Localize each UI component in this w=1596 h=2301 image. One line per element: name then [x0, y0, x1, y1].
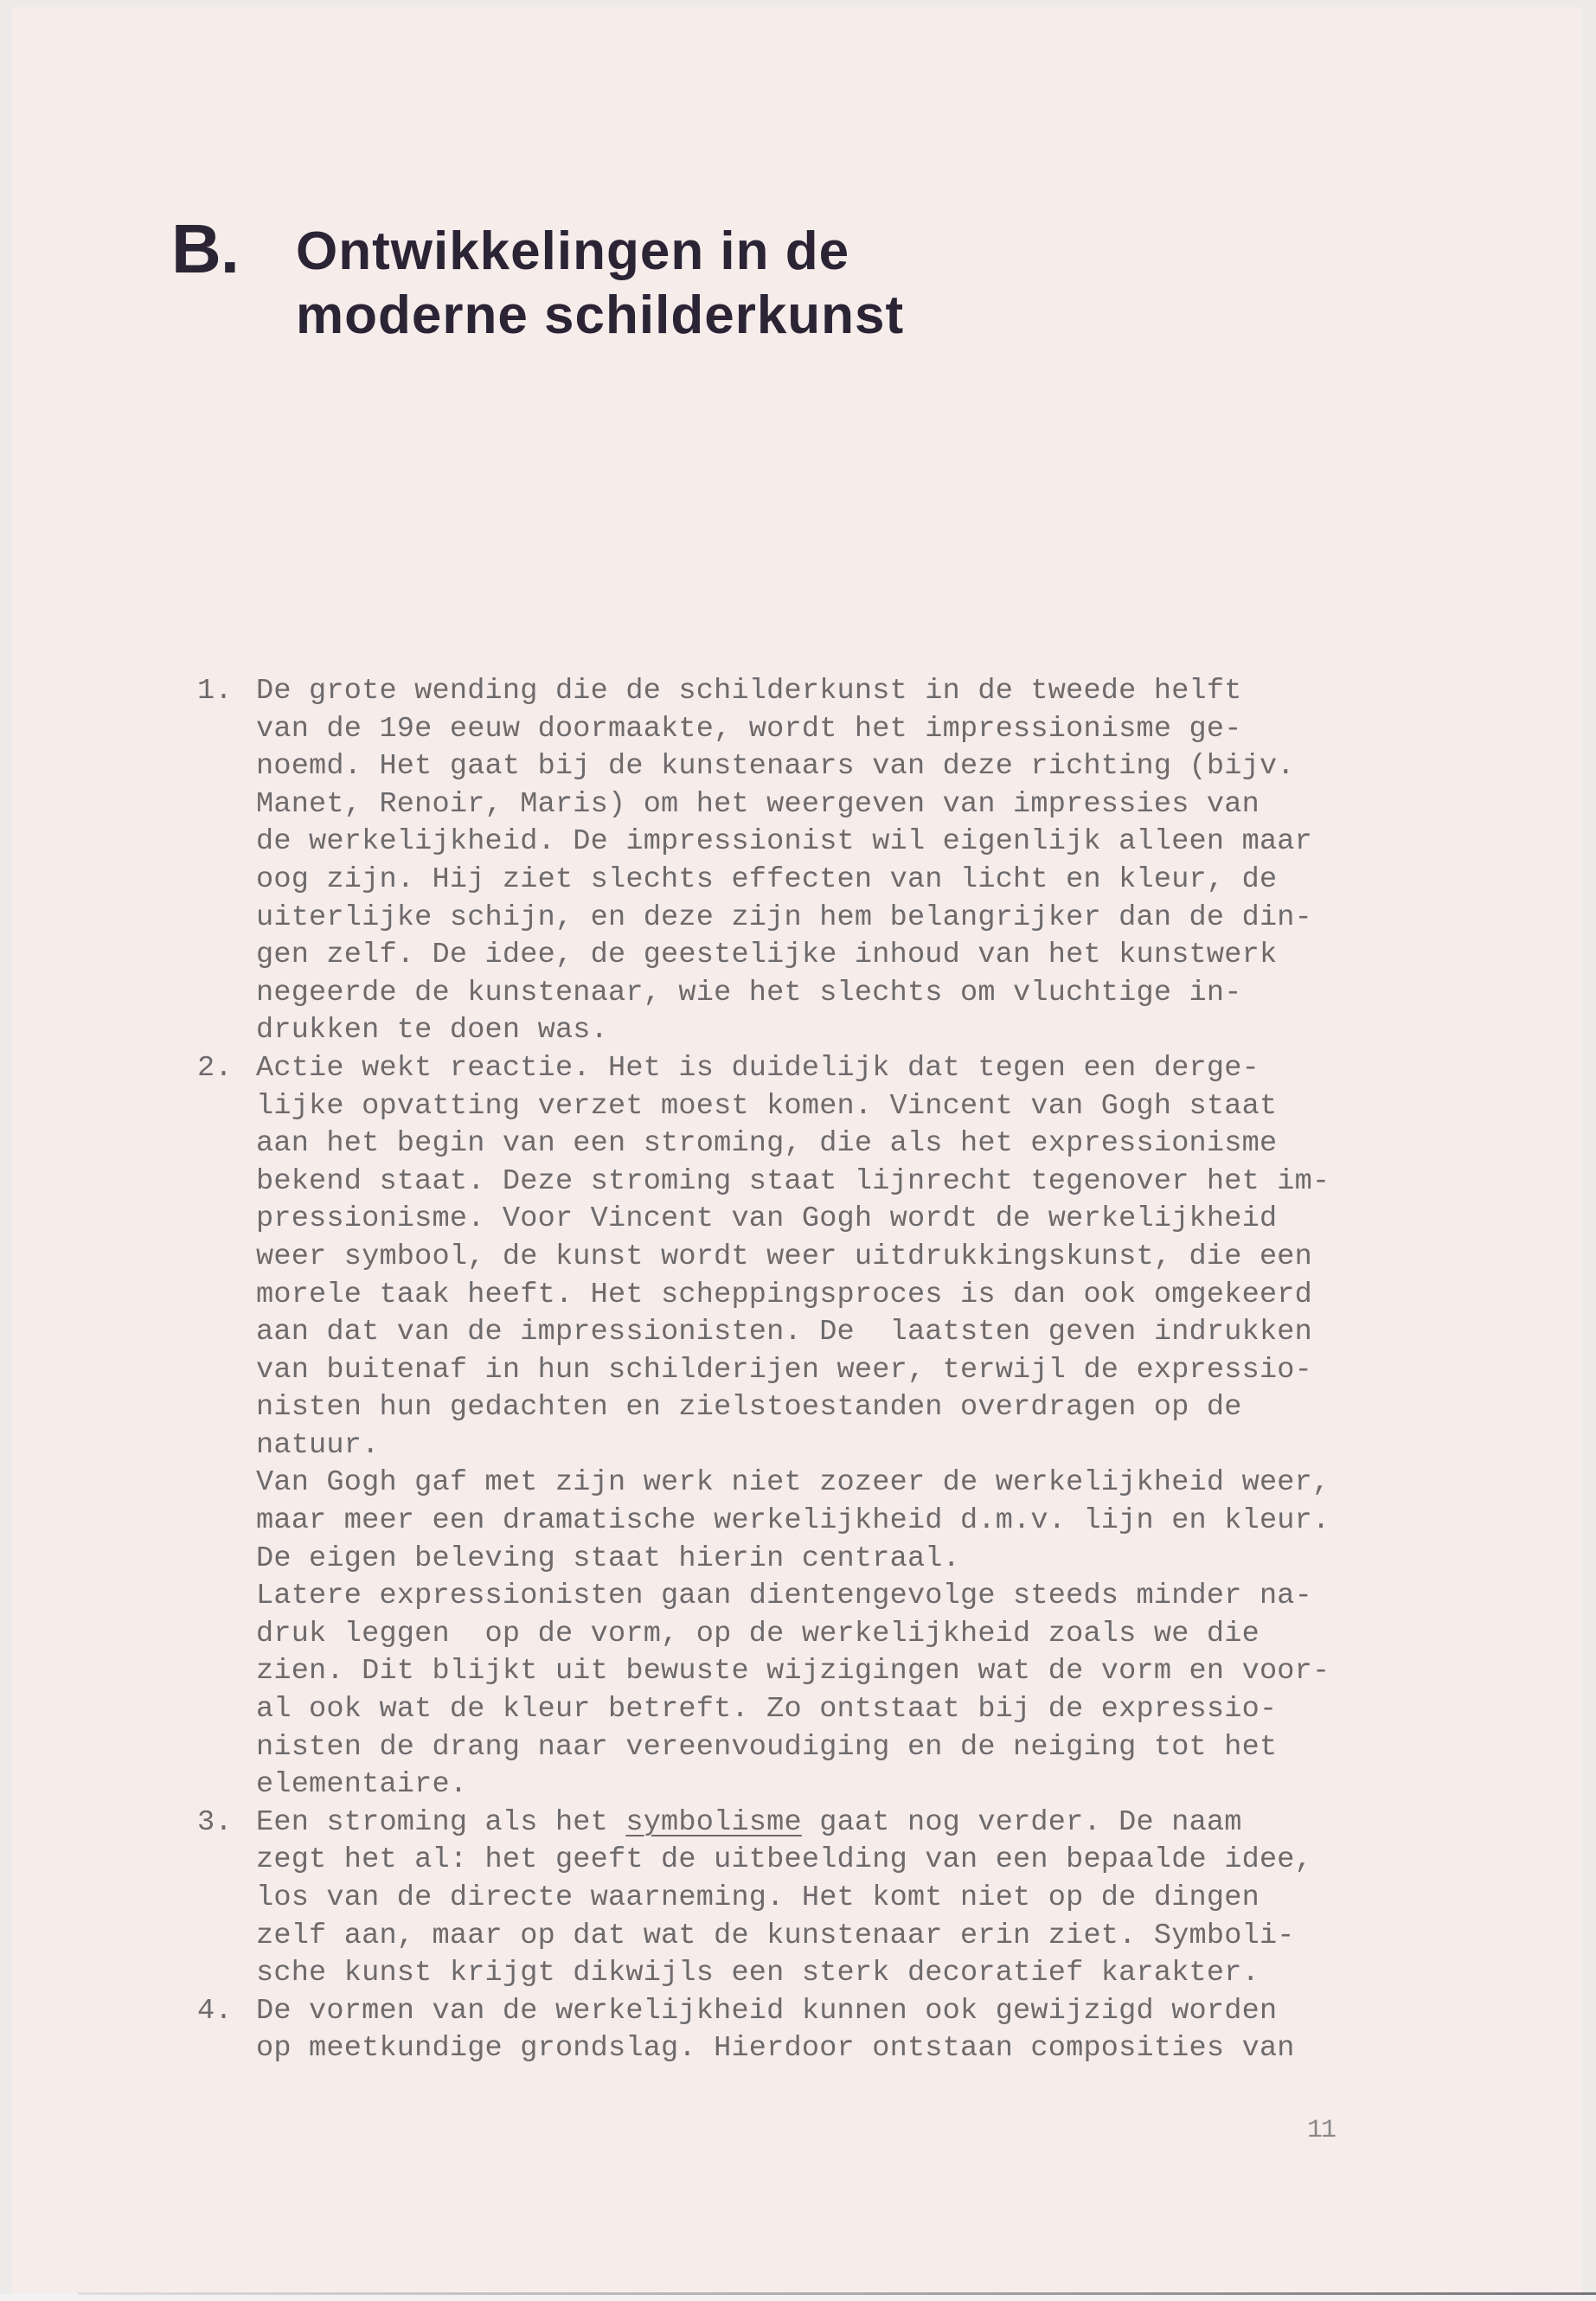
item-line: De grote wending die de schilderkunst in…	[256, 673, 1330, 711]
item-line: De eigen beleving staat hierin centraal.	[256, 1541, 1330, 1579]
item-line: elementaire.	[256, 1766, 1330, 1804]
item-line: uiterlijke schijn, en deze zijn hem bela…	[256, 900, 1330, 938]
item-line: gen zelf. De idee, de geestelijke inhoud…	[256, 937, 1330, 975]
heading-line-1: Ontwikkelingen in de	[296, 225, 849, 279]
item-line: negeerde de kunstenaar, wie het slechts …	[256, 975, 1330, 1013]
item-line: drukken te doen was.	[256, 1012, 1330, 1050]
heading-line-2: moderne schilderkunst	[296, 289, 904, 343]
item-line: zelf aan, maar op dat wat de kunstenaar …	[256, 1918, 1330, 1956]
item-number: 2.	[197, 1050, 253, 1088]
item-number: 4.	[197, 1993, 253, 2031]
item-line: bekend staat. Deze stroming staat lijnre…	[256, 1163, 1330, 1202]
item-number: 1.	[197, 673, 253, 711]
list-item-4: 4. De vormen van de werkelijkheid kunnen…	[197, 1993, 1330, 2068]
page-bottom-edge	[78, 2292, 1596, 2295]
item-text: De grote wending die de schilderkunst in…	[256, 673, 1330, 1050]
item-line: morele taak heeft. Het scheppingsproces …	[256, 1277, 1330, 1315]
item-line: aan het begin van een stroming, die als …	[256, 1125, 1330, 1163]
item-line: Manet, Renoir, Maris) om het weergeven v…	[256, 786, 1330, 824]
item-line: van buitenaf in hun schilderijen weer, t…	[256, 1352, 1330, 1390]
item-line: Een stroming als het symbolisme gaat nog…	[256, 1804, 1330, 1843]
item-line: sche kunst krijgt dikwijls een sterk dec…	[256, 1955, 1330, 1993]
item-line: maar meer een dramatische werkelijkheid …	[256, 1503, 1330, 1541]
item-text: De vormen van de werkelijkheid kunnen oo…	[256, 1993, 1330, 2068]
item-line: druk leggen op de vorm, op de werkelijkh…	[256, 1616, 1330, 1654]
item-line: op meetkundige grondslag. Hierdoor ontst…	[256, 2030, 1330, 2068]
item-text: Actie wekt reactie. Het is duidelijk dat…	[256, 1050, 1330, 1804]
item-line: natuur.	[256, 1427, 1330, 1465]
numbered-list: 1. De grote wending die de schilderkunst…	[197, 673, 1330, 2068]
item-line: noemd. Het gaat bij de kunstenaars van d…	[256, 748, 1330, 786]
list-item-3: 3. Een stroming als het symbolisme gaat …	[197, 1804, 1330, 1993]
item-line: De vormen van de werkelijkheid kunnen oo…	[256, 1993, 1330, 2031]
item-line: Latere expressionisten gaan dientengevol…	[256, 1578, 1330, 1616]
item-line: de werkelijkheid. De impressionist wil e…	[256, 824, 1330, 862]
item-line: al ook wat de kleur betreft. Zo ontstaat…	[256, 1691, 1330, 1729]
item-text: Een stroming als het symbolisme gaat nog…	[256, 1804, 1330, 1993]
section-letter: B.	[171, 215, 239, 284]
page-number: 11	[1307, 2116, 1335, 2145]
item-line: van de 19e eeuw doormaakte, wordt het im…	[256, 711, 1330, 749]
item-line: aan dat van de impressionisten. De laats…	[256, 1314, 1330, 1352]
item-line: pressionisme. Voor Vincent van Gogh word…	[256, 1201, 1330, 1239]
item-line: zien. Dit blijkt uit bewuste wijzigingen…	[256, 1653, 1330, 1691]
item-line: los van de directe waarneming. Het komt …	[256, 1880, 1330, 1918]
list-item-1: 1. De grote wending die de schilderkunst…	[197, 673, 1330, 1050]
item-line: Actie wekt reactie. Het is duidelijk dat…	[256, 1050, 1330, 1088]
item-line: nisten de drang naar vereenvoudiging en …	[256, 1729, 1330, 1767]
scan-border	[0, 2294, 1596, 2301]
item-line: Van Gogh gaf met zijn werk niet zozeer d…	[256, 1465, 1330, 1503]
underlined-term: symbolisme	[625, 1806, 802, 1839]
item-line: nisten hun gedachten en zielstoestanden …	[256, 1389, 1330, 1427]
item-number: 3.	[197, 1804, 253, 1843]
list-item-2: 2. Actie wekt reactie. Het is duidelijk …	[197, 1050, 1330, 1804]
item-line: weer symbool, de kunst wordt weer uitdru…	[256, 1239, 1330, 1277]
item-line: lijke opvatting verzet moest komen. Vinc…	[256, 1088, 1330, 1126]
item-line: oog zijn. Hij ziet slechts effecten van …	[256, 862, 1330, 900]
item-line: zegt het al: het geeft de uitbeelding va…	[256, 1842, 1330, 1880]
